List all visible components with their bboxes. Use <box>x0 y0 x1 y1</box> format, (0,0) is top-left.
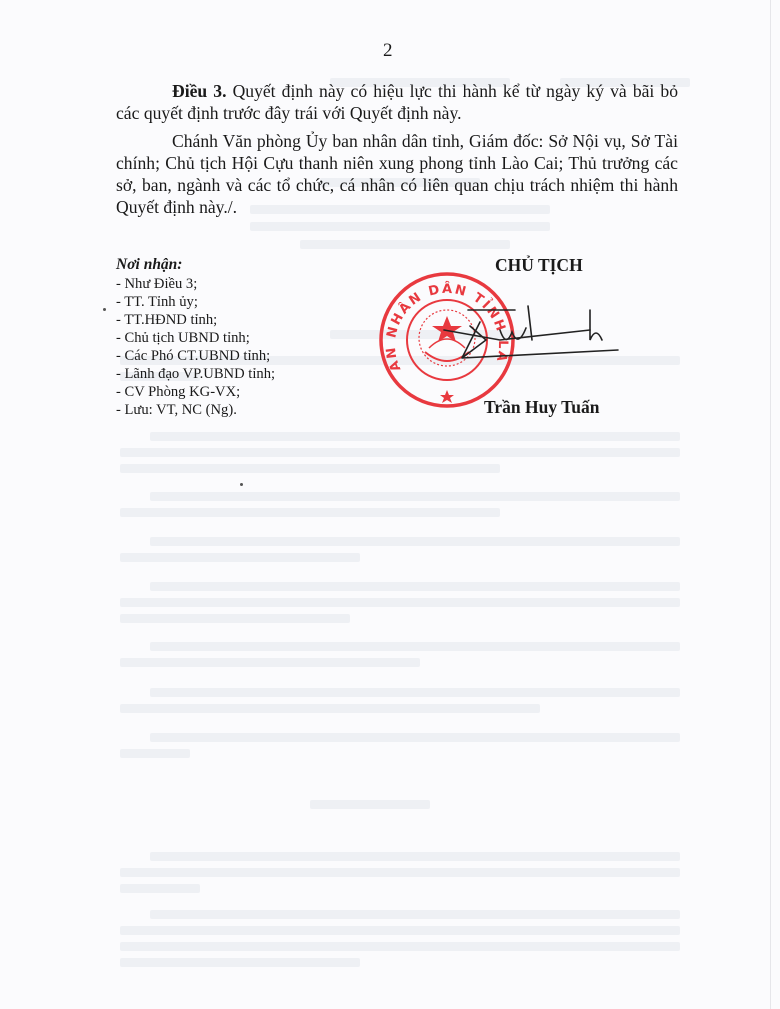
article-3-label: Điều 3. <box>172 81 226 101</box>
scan-speck <box>240 483 243 486</box>
execution-clause-text: Chánh Văn phòng Ủy ban nhân dân tỉnh, Gi… <box>116 131 678 217</box>
handwritten-signature <box>440 300 640 370</box>
recipient-item: - TT.HĐND tỉnh; <box>116 311 275 329</box>
recipient-item: - Lưu: VT, NC (Ng). <box>116 401 275 419</box>
page-number: 2 <box>383 40 393 62</box>
execution-clause-paragraph: Chánh Văn phòng Ủy ban nhân dân tỉnh, Gi… <box>116 130 678 218</box>
signer-name: Trần Huy Tuấn <box>484 397 599 418</box>
recipient-item: - Các Phó CT.UBND tỉnh; <box>116 347 275 365</box>
article-3-paragraph: Điều 3. Quyết định này có hiệu lực thi h… <box>116 80 678 124</box>
page-edge <box>770 0 771 1009</box>
recipient-item: - CV Phòng KG-VX; <box>116 383 275 401</box>
scan-speck <box>103 308 106 311</box>
recipient-item: - TT. Tỉnh ủy; <box>116 293 275 311</box>
recipient-item: - Lãnh đạo VP.UBND tỉnh; <box>116 365 275 383</box>
recipients-heading: Nơi nhận: <box>116 256 275 274</box>
recipient-item: - Chủ tịch UBND tỉnh; <box>116 329 275 347</box>
recipient-item: - Như Điều 3; <box>116 275 275 293</box>
recipients-block: Nơi nhận: - Như Điều 3; - TT. Tỉnh ủy; -… <box>116 256 275 419</box>
